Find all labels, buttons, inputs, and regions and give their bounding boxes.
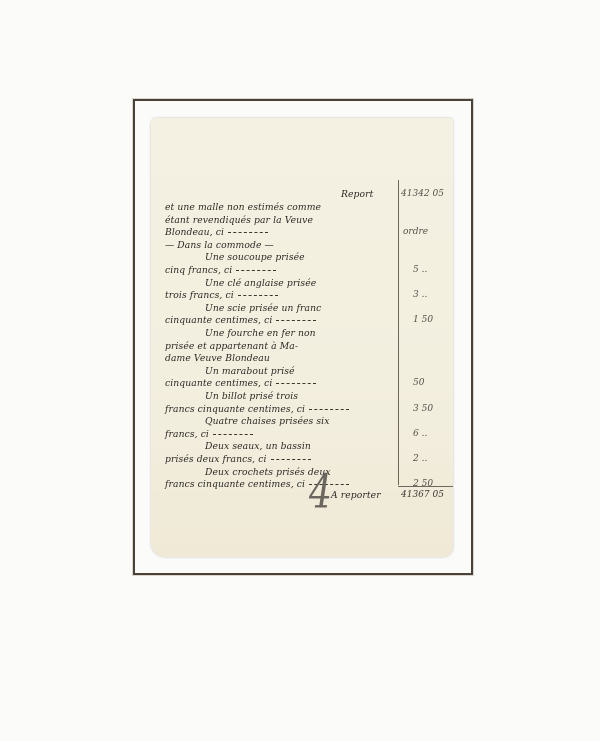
entry-amount: 2 .. xyxy=(413,454,427,464)
entry-text: Deux seaux, un bassin xyxy=(205,441,311,452)
leader-dashes xyxy=(236,270,276,271)
entry-text: Un marabout prisé xyxy=(205,366,295,377)
entry-text: Un billot prisé trois xyxy=(205,391,298,402)
entry-text: Une scie prisée un franc xyxy=(205,303,321,314)
entry-text: prisée et appartenant à Ma- xyxy=(165,341,298,352)
entry-amount: 5 .. xyxy=(413,265,427,275)
entry-amount: ordre xyxy=(403,227,428,237)
entry-text: prisés deux francs, ci xyxy=(165,454,311,465)
entry-text: cinquante centimes, ci xyxy=(165,378,316,389)
header-label: Report xyxy=(341,189,373,200)
entry-text: francs, ci xyxy=(165,429,253,440)
entry-text: — Dans la commode — xyxy=(165,240,274,251)
entry-amount: 6 .. xyxy=(413,429,427,439)
entry-text: cinquante centimes, ci xyxy=(165,315,316,326)
entry-text: francs cinquante centimes, ci xyxy=(165,404,349,415)
entry-amount: 3 50 xyxy=(413,404,433,414)
entry-text: trois francs, ci xyxy=(165,290,278,301)
signature: 4 xyxy=(309,466,332,519)
leader-dashes xyxy=(238,295,278,296)
entry-text: Blondeau, ci xyxy=(165,227,268,238)
entry-text: Une soucoupe prisée xyxy=(205,252,305,263)
entry-amount: 3 .. xyxy=(413,290,427,300)
footer-total: 41367 05 xyxy=(401,490,444,500)
entry-text: et une malle non estimés comme xyxy=(165,202,321,213)
header-total: 41342 05 xyxy=(401,189,444,199)
leader-dashes xyxy=(213,434,253,435)
entry-text: cinq francs, ci xyxy=(165,265,276,276)
leader-dashes xyxy=(276,320,316,321)
leader-dashes xyxy=(228,232,268,233)
entry-amount: 2 50 xyxy=(413,479,433,489)
footer-label: A reporter xyxy=(331,490,381,501)
amount-column-rule xyxy=(398,180,399,485)
entry-text: Une fourche en fer non xyxy=(205,328,316,339)
entry-text: Une clé anglaise prisée xyxy=(205,278,316,289)
leader-dashes xyxy=(276,383,316,384)
entry-text: dame Veuve Blondeau xyxy=(165,353,270,364)
entry-amount: 1 50 xyxy=(413,315,433,325)
entry-text: Quatre chaises prisées six xyxy=(205,416,330,427)
document-page: Report 41342 05 et une malle non estimés… xyxy=(151,118,453,557)
leader-dashes xyxy=(271,459,311,460)
entry-amount: 50 xyxy=(413,378,424,388)
leader-dashes xyxy=(309,409,349,410)
entry-text: étant revendiqués par la Veuve xyxy=(165,215,313,226)
